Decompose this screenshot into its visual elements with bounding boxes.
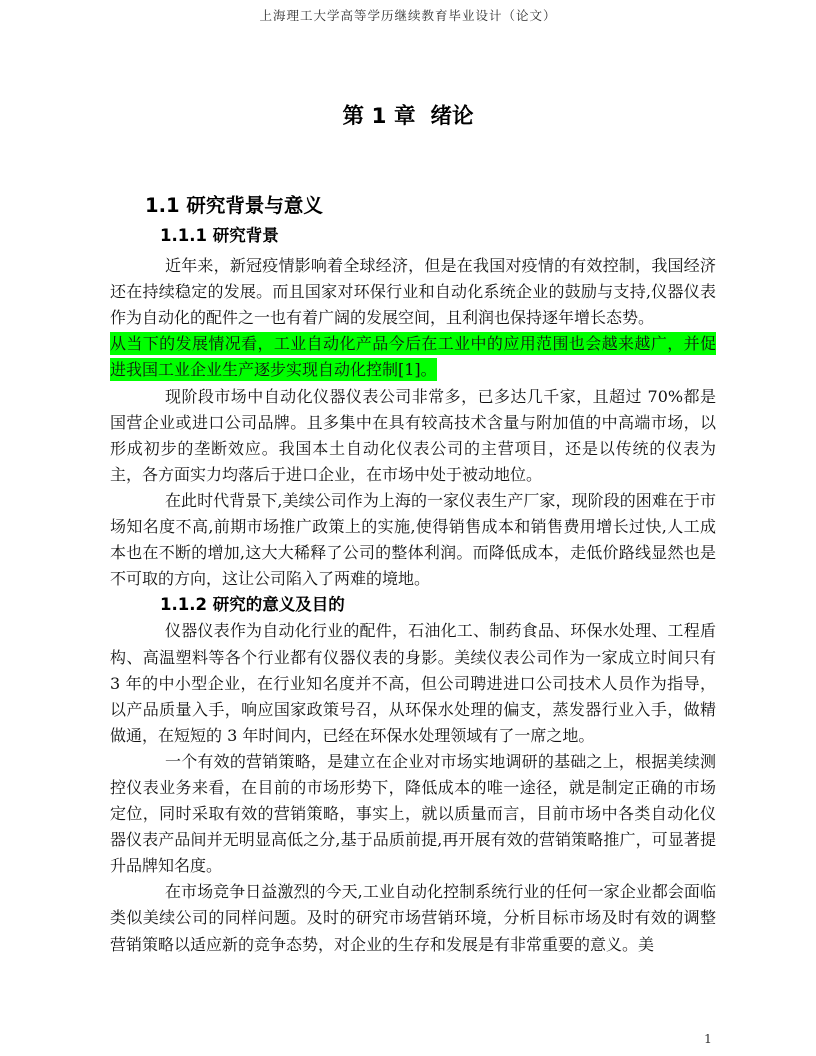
paragraph-market-status: 现阶段市场中自动化仪器仪表公司非常多，已多达几千家，且超过 70%都是国营企业或… [110,384,716,488]
section-heading-1-1: 1.1 研究背景与意义 [145,193,716,219]
subsection-heading-1-1-1: 1.1.1 研究背景 [160,223,716,249]
paragraph-competition-significance: 在市场竞争日益激烈的今天,工业自动化控制系统行业的任何一家企业都会面临类似美续公… [110,879,716,957]
chapter-title: 第 1 章 绪论 [0,99,816,130]
document-body: 1.1 研究背景与意义 1.1.1 研究背景 近年来，新冠疫情影响着全球经济，但… [110,193,716,958]
subsection-heading-1-1-2: 1.1.2 研究的意义及目的 [160,592,716,618]
page-number: 1 [698,1031,718,1046]
paragraph-marketing-strategy: 一个有效的营销策略，是建立在企业对市场实地调研的基础之上，根据美续测控仪表业务来… [110,749,716,879]
paragraph-industry-application: 仪器仪表作为自动化行业的配件，石油化工、制药食品、环保水处理、工程盾构、高温塑料… [110,618,716,748]
body-text-block: 近年来，新冠疫情影响着全球经济，但是在我国对疫情的有效控制，我国经济还在持续稳定… [110,253,716,958]
green-highlighted-text: 从当下的发展情况看，工业自动化产品今后在工业中的应用范围也会越来越广，并促进我国… [110,332,716,381]
paragraph-research-background-1: 近年来，新冠疫情影响着全球经济，但是在我国对疫情的有效控制，我国经济还在持续稳定… [110,253,716,331]
paragraph-research-background-highlighted: 从当下的发展情况看，工业自动化产品今后在工业中的应用范围也会越来越广，并促进我国… [110,331,716,383]
paragraph-company-difficulty: 在此时代背景下,美续公司作为上海的一家仪表生产厂家，现阶段的困难在于市场知名度不… [110,488,716,592]
document-page: 上海理工大学高等学历继续教育毕业设计（论文） 第 1 章 绪论 1.1 研究背景… [0,0,816,1056]
page-header: 上海理工大学高等学历继续教育毕业设计（论文） [0,6,816,24]
